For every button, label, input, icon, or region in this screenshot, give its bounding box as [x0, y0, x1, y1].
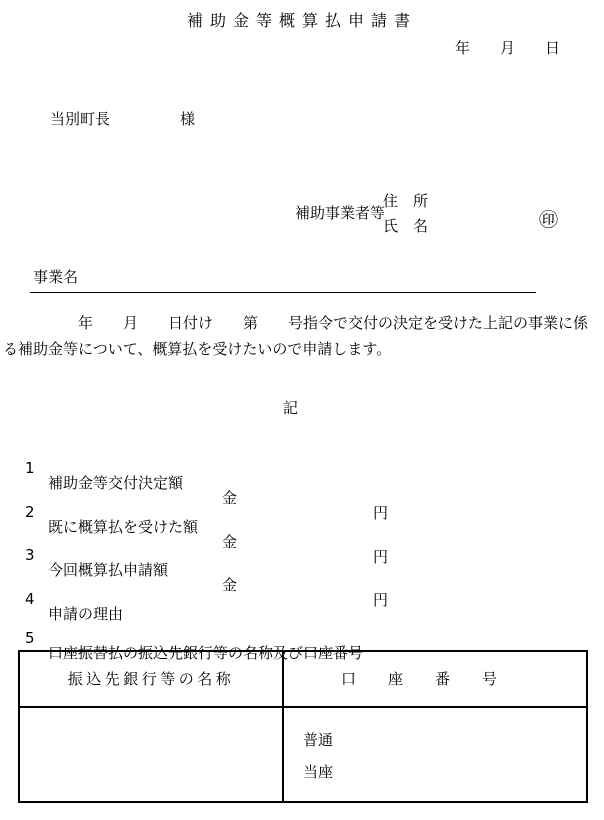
list-item-5: 5 口座振替払の振込先銀行等の名称及び口座番号 — [0, 616, 604, 632]
item-number: 3 — [25, 548, 35, 563]
addressee-honorific: 様 — [180, 112, 195, 127]
amount-suffix: 円 — [373, 550, 388, 565]
applicant-label: 補助事業者等 — [295, 206, 385, 221]
account-number-header: 口座番号 — [284, 652, 586, 706]
bank-name-cell — [20, 708, 284, 801]
seal-mark-icon: ㊞ — [539, 211, 558, 230]
account-number-cell: 普通 当座 — [284, 708, 586, 801]
table-body-row: 普通 当座 — [20, 708, 586, 801]
item-number: 1 — [25, 461, 35, 476]
list-item-4: 4 申請の理由 — [0, 577, 604, 593]
item-number: 5 — [25, 631, 35, 646]
account-type-current: 当座 — [303, 765, 586, 780]
bank-name-header: 振込先銀行等の名称 — [20, 652, 284, 706]
list-item-1: 1 補助金等交付決定額 金 円 — [0, 446, 604, 462]
project-name-field: 事業名 — [30, 268, 536, 293]
item-label: 今回概算払申請額 — [48, 563, 168, 578]
body-text-line-1: 年 月 日付け 第 号指令で交付の決定を受けた上記の事業に係 — [78, 316, 588, 331]
list-item-3: 3 今回概算払申請額 金 円 — [0, 533, 604, 549]
applicant-name-label: 氏 名 — [383, 219, 428, 234]
item-label: 補助金等交付決定額 — [48, 476, 183, 491]
item-number: 2 — [25, 505, 35, 520]
section-marker: 記 — [283, 401, 298, 416]
document-title: 補助金等概算払申請書 — [0, 13, 604, 29]
table-header-row: 振込先銀行等の名称 口座番号 — [20, 652, 586, 708]
amount-suffix: 円 — [373, 506, 388, 521]
document-page: 補助金等概算払申請書 年 月 日 当別町長 様 補助事業者等 住 所 氏 名 ㊞… — [0, 0, 604, 820]
project-name-label: 事業名 — [33, 270, 78, 285]
date-line: 年 月 日 — [455, 41, 560, 56]
list-item-2: 2 既に概算払を受けた額 金 円 — [0, 490, 604, 506]
addressee-name: 当別町長 — [50, 112, 110, 127]
applicant-address-label: 住 所 — [383, 194, 428, 209]
body-text-line-2: る補助金等について、概算払を受けたいので申請します。 — [3, 342, 391, 357]
account-type-ordinary: 普通 — [303, 733, 586, 748]
bank-account-table: 振込先銀行等の名称 口座番号 普通 当座 — [18, 650, 588, 803]
item-number: 4 — [25, 592, 35, 607]
amount-suffix: 円 — [373, 593, 388, 608]
